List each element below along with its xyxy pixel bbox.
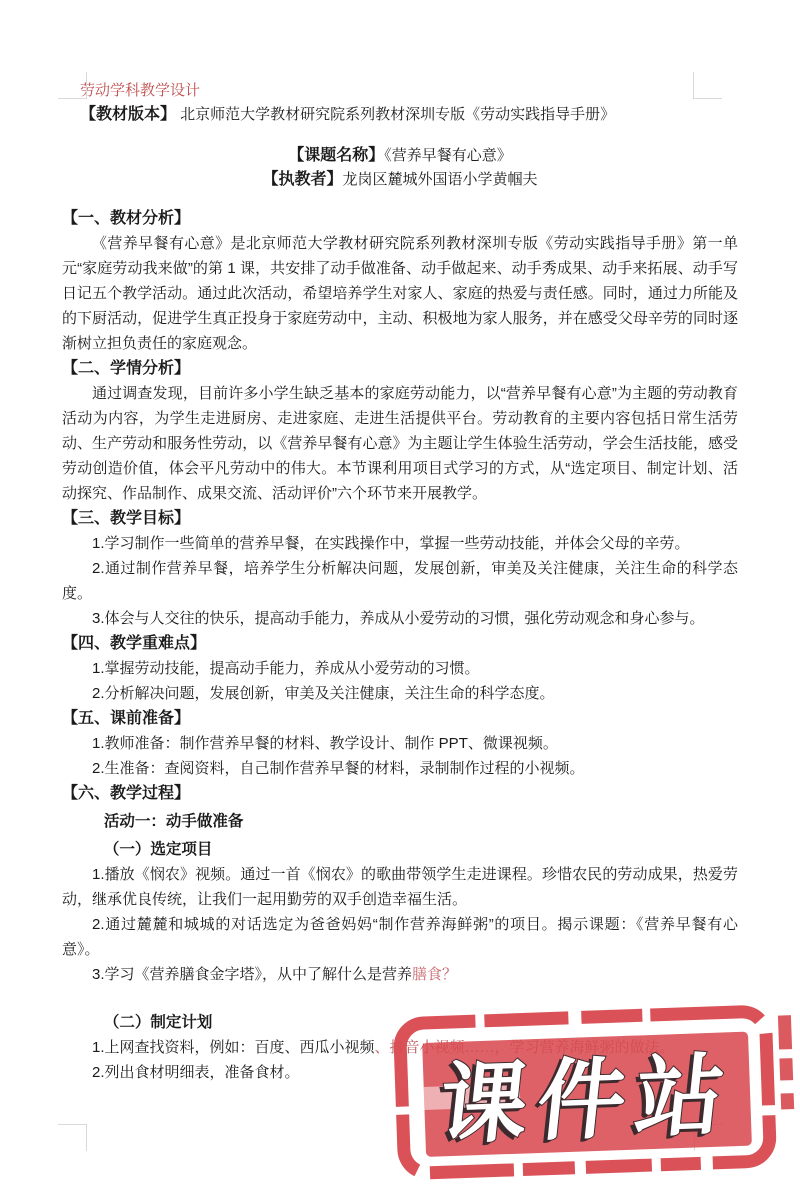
sub-2-heading: （二）制定计划 <box>62 1010 738 1035</box>
select-item-3-text: 3.学习《营养膳食金字塔》，从中了解什么是营养 <box>92 966 412 983</box>
section-1-paragraph: 《营养早餐有心意》是北京师范大学教材研究院系列教材深圳专版《劳动实践指导手册》第… <box>62 231 738 356</box>
edition-tag: 【教材版本】 <box>80 106 176 123</box>
document-page: 劳动学科教学设计 【教材版本】 北京师范大学教材研究院系列教材深圳专版《劳动实践… <box>0 0 800 1200</box>
course-title-tag: 【课题名称】 <box>288 147 384 164</box>
select-item-2: 2.通过麓麓和城城的对话选定为爸爸妈妈“制作营养海鲜粥”的项目。揭示课题：《营养… <box>62 912 738 962</box>
select-item-3-overlap: 膳食？ <box>412 966 457 983</box>
section-5-heading: 【五、课前准备】 <box>62 706 738 731</box>
document-content: 劳动学科教学设计 【教材版本】 北京师范大学教材研究院系列教材深圳专版《劳动实践… <box>62 80 738 1085</box>
select-item-3: 3.学习《营养膳食金字塔》，从中了解什么是营养膳食？ <box>62 962 738 987</box>
sub-1-heading: （一）选定项目 <box>62 837 738 862</box>
section-4-heading: 【四、教学重难点】 <box>62 631 738 656</box>
section-1-heading: 【一、教材分析】 <box>62 206 738 231</box>
section-3-heading: 【三、教学目标】 <box>62 506 738 531</box>
keypoint-item-2: 2.分析解决问题，发展创新，审美及关注健康，关注生命的科学态度。 <box>62 681 738 706</box>
keypoint-item-1: 1.掌握劳动技能，提高动手能力，养成从小爱劳动的习惯。 <box>62 656 738 681</box>
plan-item-2: 2.列出食材明细表，准备食材。 <box>62 1060 738 1085</box>
stamp-bleed-band <box>424 1084 521 1110</box>
section-2-paragraph: 通过调查发现，目前许多小学生缺乏基本的家庭劳动能力，以“营养早餐有心意”为主题的… <box>62 381 738 506</box>
activity-1-heading: 活动一：动手做准备 <box>62 809 738 834</box>
teacher-text: 龙岗区麓城外国语小学黄帼夫 <box>343 171 538 188</box>
subject-label: 劳动学科教学设计 <box>80 80 738 102</box>
plan-item-1: 1.上网查找资料，例如：百度、西瓜小视频、抖音小视频……，学习营养海鲜粥的做法。 <box>62 1035 738 1060</box>
plan-item-1-text: 1.上网查找资料，例如：百度、西瓜小视频 <box>92 1039 375 1056</box>
course-title-text: 《营养早餐有心意》 <box>384 147 512 164</box>
goal-item-2: 2.通过制作营养早餐，培养学生分析解决问题，发展创新，审美及关注健康，关注生命的… <box>62 556 738 606</box>
select-item-1: 1.播放《悯农》视频。通过一首《悯农》的歌曲带领学生走进课程。珍惜农民的劳动成果… <box>62 862 738 912</box>
section-2-heading: 【二、学情分析】 <box>62 356 738 381</box>
edition-line: 【教材版本】 北京师范大学教材研究院系列教材深圳专版《劳动实践指导手册》 <box>80 102 738 128</box>
teacher-tag: 【执教者】 <box>262 171 342 188</box>
goal-item-3: 3.体会与人交往的快乐，提高动手能力，养成从小爱劳动的习惯，强化劳动观念和身心参… <box>62 606 738 631</box>
edition-text: 北京师范大学教材研究院系列教材深圳专版《劳动实践指导手册》 <box>176 106 615 123</box>
text-boundary-mark-top-left <box>58 72 87 99</box>
blank-line <box>62 987 738 1007</box>
goal-item-1: 1.学习制作一些简单的营养早餐，在实践操作中，掌握一些劳动技能，并体会父母的辛劳… <box>62 531 738 556</box>
prep-item-2: 2.生准备：查阅资料，自己制作营养早餐的材料，录制制作过程的小视频。 <box>62 756 738 781</box>
title-block: 【课题名称】《营养早餐有心意》 【执教者】龙岗区麓城外国语小学黄帼夫 <box>62 144 738 192</box>
section-6-heading: 【六、教学过程】 <box>62 781 738 806</box>
text-boundary-mark-top-right <box>693 72 722 99</box>
stamp-border-right-bar <box>784 1015 787 1109</box>
text-boundary-mark-bottom-left <box>58 1124 87 1151</box>
course-title-line: 【课题名称】《营养早餐有心意》 <box>62 144 738 168</box>
text-boundary-mark-bottom-right <box>694 1124 723 1151</box>
teacher-line: 【执教者】龙岗区麓城外国语小学黄帼夫 <box>62 168 738 192</box>
prep-item-1: 1.教师准备：制作营养早餐的材料、教学设计、制作 PPT、微课视频。 <box>62 731 738 756</box>
plan-item-1-overlap: 、抖音小视频……，学习营养海鲜粥的做法。 <box>375 1039 675 1056</box>
